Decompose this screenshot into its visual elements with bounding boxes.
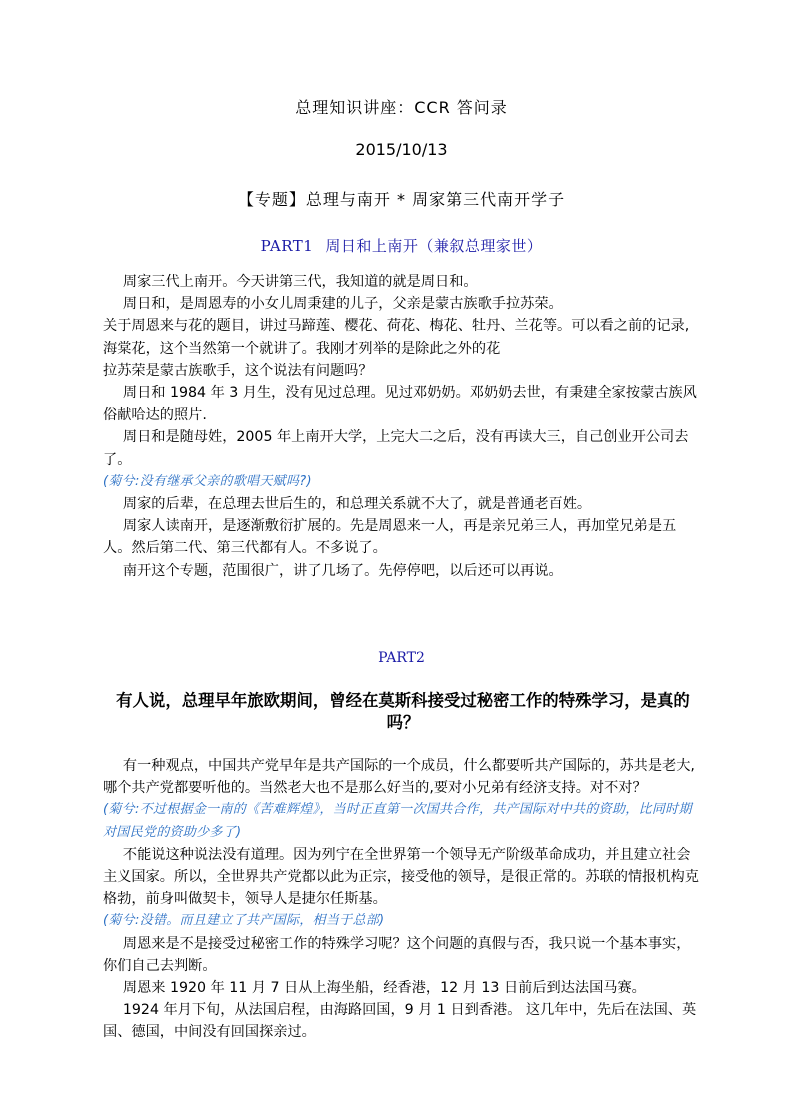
paragraph: 有一种观点，中国共产党早年是共产国际的一个成员，什么都要听共产国际的，苏共是老大… (103, 755, 703, 799)
part2-question-heading: 有人说，总理早年旅欧期间，曾经在莫斯科接受过秘密工作的特殊学习，是真的吗？ (103, 690, 703, 734)
document-title: 总理知识讲座：CCR 答问录 (103, 95, 700, 118)
paragraph: 关于周恩来与花的题目，讲过马蹄莲、樱花、荷花、梅花、牡丹、兰花等。可以看之前的记… (103, 315, 703, 359)
paragraph: 拉苏荣是蒙古族歌手，这个说法有问题吗？ (103, 360, 703, 382)
part2-body: 有一种观点，中国共产党早年是共产国际的一个成员，什么都要听共产国际的，苏共是老大… (103, 755, 703, 1044)
paragraph: 周恩来 1920 年 11 月 7 日从上海坐船，经香港，12 月 13 日前后… (103, 977, 703, 999)
reader-note: (菊兮:不过根据金一南的《苦难辉煌》，当时正直第一次国共合作，共产国际对中共的资… (103, 799, 703, 843)
paragraph: 1924 年月下旬，从法国启程，由海路回国，9 月 1 日到香港。 这几年中，先… (103, 999, 703, 1043)
paragraph: 南开这个专题，范围很广，讲了几场了。先停停吧，以后还可以再说。 (103, 560, 703, 582)
part1-title: 周日和上南开（兼叙总理家世） (325, 237, 542, 255)
document-date: 2015/10/13 (103, 140, 700, 159)
paragraph: 周日和是随母姓，2005 年上南开大学，上完大二之后，没有再读大三，自己创业开公… (103, 426, 703, 470)
paragraph: 不能说这种说法没有道理。因为列宁在全世界第一个领导无产阶级革命成功，并且建立社会… (103, 844, 703, 911)
paragraph: 周家的后辈，在总理去世后生的，和总理关系就不大了，就是普通老百姓。 (103, 493, 703, 515)
topic-heading: 【专题】总理与南开 * 周家第三代南开学子 (103, 187, 700, 210)
paragraph: 周家三代上南开。今天讲第三代，我知道的就是周日和。 (103, 271, 703, 293)
part1-body: 周家三代上南开。今天讲第三代，我知道的就是周日和。 周日和，是周恩寿的小女儿周秉… (103, 271, 703, 582)
paragraph: 周日和 1984 年 3 月生，没有见过总理。见过邓奶奶。邓奶奶去世，有秉建全家… (103, 382, 703, 426)
paragraph: 周家人读南开，是逐渐敷衍扩展的。先是周恩来一人，再是亲兄弟三人，再加堂兄弟是五人… (103, 515, 703, 559)
paragraph: 周日和，是周恩寿的小女儿周秉建的儿子，父亲是蒙古族歌手拉苏荣。 (103, 293, 703, 315)
paragraph: 周恩来是不是接受过秘密工作的特殊学习呢？这个问题的真假与否，我只说一个基本事实，… (103, 933, 703, 977)
part1-tag: PART1 (261, 237, 314, 255)
part2-tag: PART2 (103, 650, 700, 666)
reader-note: (菊兮:没错。而且建立了共产国际，相当于总部) (103, 910, 703, 932)
reader-note: (菊兮:没有继承父亲的歌唱天赋吗?) (103, 471, 703, 493)
part1-heading: PART1周日和上南开（兼叙总理家世） (103, 235, 700, 256)
